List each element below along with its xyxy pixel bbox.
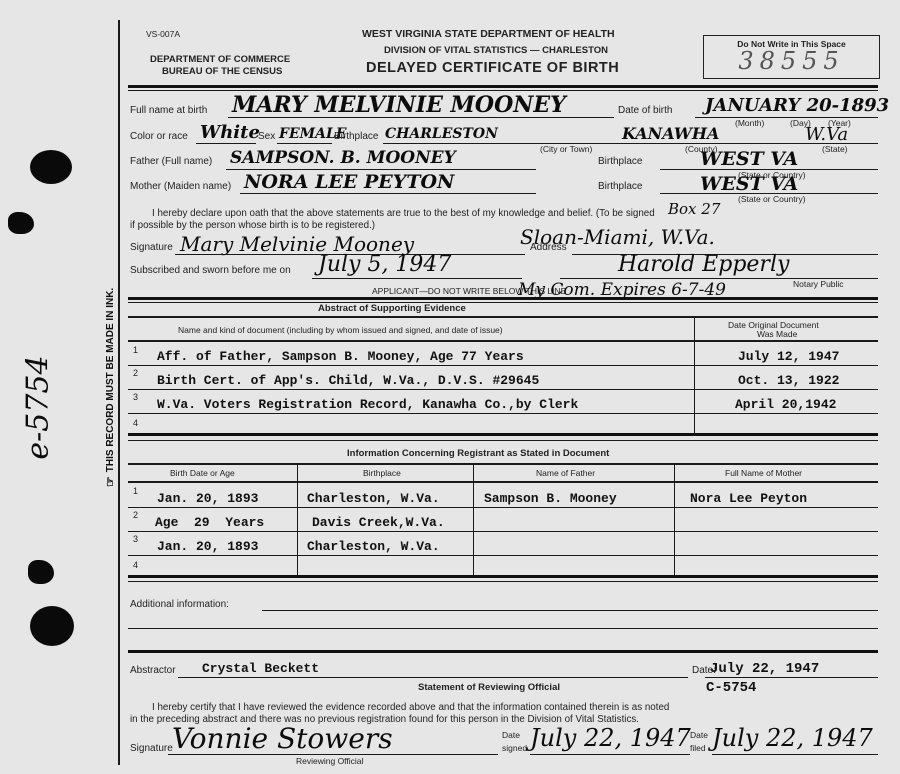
date-signed-label-2: signed [502, 743, 527, 753]
dept-line1: DEPARTMENT OF COMMERCE [150, 54, 290, 65]
header-rule [128, 85, 878, 88]
date-signed-label-1: Date [502, 730, 520, 740]
evidence-end-rule-thin [128, 440, 878, 441]
evidence-doc: Birth Cert. of App's. Child, W.Va., D.V.… [157, 373, 539, 388]
birthplace-state: W.Va [805, 124, 848, 145]
sex-line [277, 143, 332, 144]
caption-city: (City or Town) [540, 144, 592, 154]
punch-hole-top [30, 150, 72, 184]
abstractor-date: July 22, 1947 [710, 661, 819, 677]
dob-label: Date of birth [618, 105, 672, 116]
header-rule-thin [128, 90, 878, 91]
additional-end-rule [128, 650, 878, 653]
state-dept: WEST VIRGINIA STATE DEPARTMENT OF HEALTH [362, 28, 615, 40]
margin-file-number: e-5754 [21, 348, 56, 468]
father-line [226, 169, 536, 170]
office-use-number: 38555 [704, 47, 879, 75]
punch-hole-bottom [30, 606, 74, 646]
info-end-rule [128, 575, 878, 578]
info-header-father: Name of Father [536, 468, 595, 478]
sworn-date: July 5, 1947 [318, 252, 451, 277]
ink-notice-text: THIS RECORD MUST BE MADE IN INK. [105, 288, 116, 472]
father-birthplace-value: WEST VA [700, 148, 798, 170]
birthplace-line [383, 143, 878, 144]
mother-line [240, 193, 536, 194]
date-filed-line [712, 754, 878, 755]
division: DIVISION OF VITAL STATISTICS — CHARLESTO… [384, 45, 608, 56]
evidence-col-divider [694, 318, 695, 433]
reviewer-signature: Vonnie Stowers [172, 722, 393, 755]
color-value: White [200, 122, 260, 143]
mother-birthplace-caption: (State or Country) [738, 194, 806, 204]
mother-value: NORA LEE PEYTON [244, 171, 454, 193]
evidence-date: July 12, 1947 [738, 349, 839, 364]
date-filed-value: July 22, 1947 [712, 724, 873, 752]
color-label: Color or race [130, 131, 188, 142]
evidence-doc: W.Va. Voters Registration Record, Kanawh… [157, 397, 578, 412]
evidence-title-rule [128, 316, 878, 318]
info-header-mother: Full Name of Mother [725, 468, 802, 478]
caption-state: (State) [822, 144, 848, 154]
mother-birthplace-label: Birthplace [598, 181, 642, 192]
file-number: C-5754 [706, 680, 756, 696]
evidence-date: Oct. 13, 1922 [738, 373, 839, 388]
form-number: VS-007A [146, 29, 180, 39]
info-mother: Nora Lee Peyton [690, 491, 807, 506]
full-name-value: MARY MELVINIE MOONEY [232, 92, 566, 118]
info-father: Sampson B. Mooney [484, 491, 617, 506]
date-signed-line [530, 754, 690, 755]
full-name-label: Full name at birth [130, 105, 207, 116]
review-title: Statement of Reviewing Official [418, 682, 560, 693]
abstractor-name: Crystal Beckett [202, 661, 319, 676]
info-title: Information Concerning Registrant as Sta… [347, 448, 609, 459]
birthplace-county: KANAWHA [622, 124, 719, 143]
info-place: Charleston, W.Va. [307, 539, 440, 554]
evidence-col-doc: Name and kind of document (including by … [178, 325, 503, 335]
additional-line-2 [128, 628, 878, 629]
evidence-row-line [128, 413, 878, 414]
ink-blot-top [8, 212, 34, 234]
info-birth: Age 29 Years [155, 515, 264, 530]
evidence-date: April 20,1942 [735, 397, 836, 412]
date-filed-label-1: Date [690, 730, 708, 740]
info-header-place: Birthplace [363, 468, 401, 478]
info-row-line [128, 555, 878, 556]
evidence-doc: Aff. of Father, Sampson B. Mooney, Age 7… [157, 349, 524, 364]
full-name-line [228, 117, 614, 118]
info-row-line [128, 531, 878, 532]
review-signature-line [168, 754, 498, 755]
applicant-rule-thin [128, 302, 878, 303]
office-use-box: Do Not Write in This Space 38555 [703, 35, 880, 79]
info-header-rule [128, 481, 878, 483]
abstractor-line [178, 677, 688, 678]
evidence-title: Abstract of Supporting Evidence [318, 303, 466, 314]
info-end-rule-thin [128, 581, 878, 582]
mother-label: Mother (Maiden name) [130, 181, 231, 192]
evidence-header-rule [128, 340, 878, 342]
pointing-hand-icon: ☞ [103, 476, 117, 487]
declaration-text-1: I hereby declare upon oath that the abov… [152, 208, 655, 219]
declaration-text-2: if possible by the person whose birth is… [130, 220, 375, 231]
evidence-col-date-2: Was Made [757, 329, 797, 339]
review-text-1: I hereby certify that I have reviewed th… [152, 702, 669, 713]
color-line [196, 143, 256, 144]
birthplace-label: Birthplace [334, 131, 378, 142]
sworn-line [312, 278, 522, 279]
review-signature-label: Signature [130, 743, 173, 754]
father-value: SAMPSON. B. MOONEY [230, 148, 456, 168]
evidence-end-rule [128, 433, 878, 436]
applicant-rule [128, 297, 878, 300]
ink-blot-bottom [28, 560, 54, 584]
additional-line-1 [262, 610, 878, 611]
info-header-birth: Birth Date or Age [170, 468, 235, 478]
info-row-line [128, 507, 878, 508]
father-label: Father (Full name) [130, 156, 212, 167]
evidence-row-line [128, 365, 878, 366]
father-birthplace-label: Birthplace [598, 156, 642, 167]
ink-notice: ☞ THIS RECORD MUST BE MADE IN INK. [103, 337, 117, 487]
mother-birthplace-value: WEST VA [700, 173, 798, 195]
abstractor-label: Abstractor [130, 665, 176, 676]
info-birth: Jan. 20, 1893 [157, 539, 258, 554]
dob-caption-month: (Month) [735, 118, 764, 128]
date-signed-value: July 22, 1947 [530, 724, 691, 752]
sex-label: Sex [258, 131, 275, 142]
evidence-row-line [128, 389, 878, 390]
margin-border [118, 20, 120, 765]
additional-label: Additional information: [130, 599, 229, 610]
info-birth: Jan. 20, 1893 [157, 491, 258, 506]
reviewing-official-caption: Reviewing Official [296, 756, 363, 766]
notary-signature: Harold Epperly [618, 252, 789, 277]
birthplace-city: CHARLESTON [385, 126, 498, 142]
info-place: Davis Creek,W.Va. [312, 515, 445, 530]
info-place: Charleston, W.Va. [307, 491, 440, 506]
dept-line2: BUREAU OF THE CENSUS [162, 66, 282, 77]
address-value: Sloan-Miami, W.Va. [520, 225, 715, 249]
notary-label: Notary Public [793, 279, 844, 289]
dob-value: JANUARY 20-1893 [705, 95, 889, 116]
sworn-label: Subscribed and sworn before me on [130, 265, 291, 276]
abstractor-date-line [705, 677, 878, 678]
signature-label: Signature [130, 242, 173, 253]
date-filed-label-2: filed [690, 743, 706, 753]
info-title-rule [128, 463, 878, 465]
box-annotation: Box 27 [668, 200, 720, 218]
certificate-title: DELAYED CERTIFICATE OF BIRTH [366, 60, 619, 76]
